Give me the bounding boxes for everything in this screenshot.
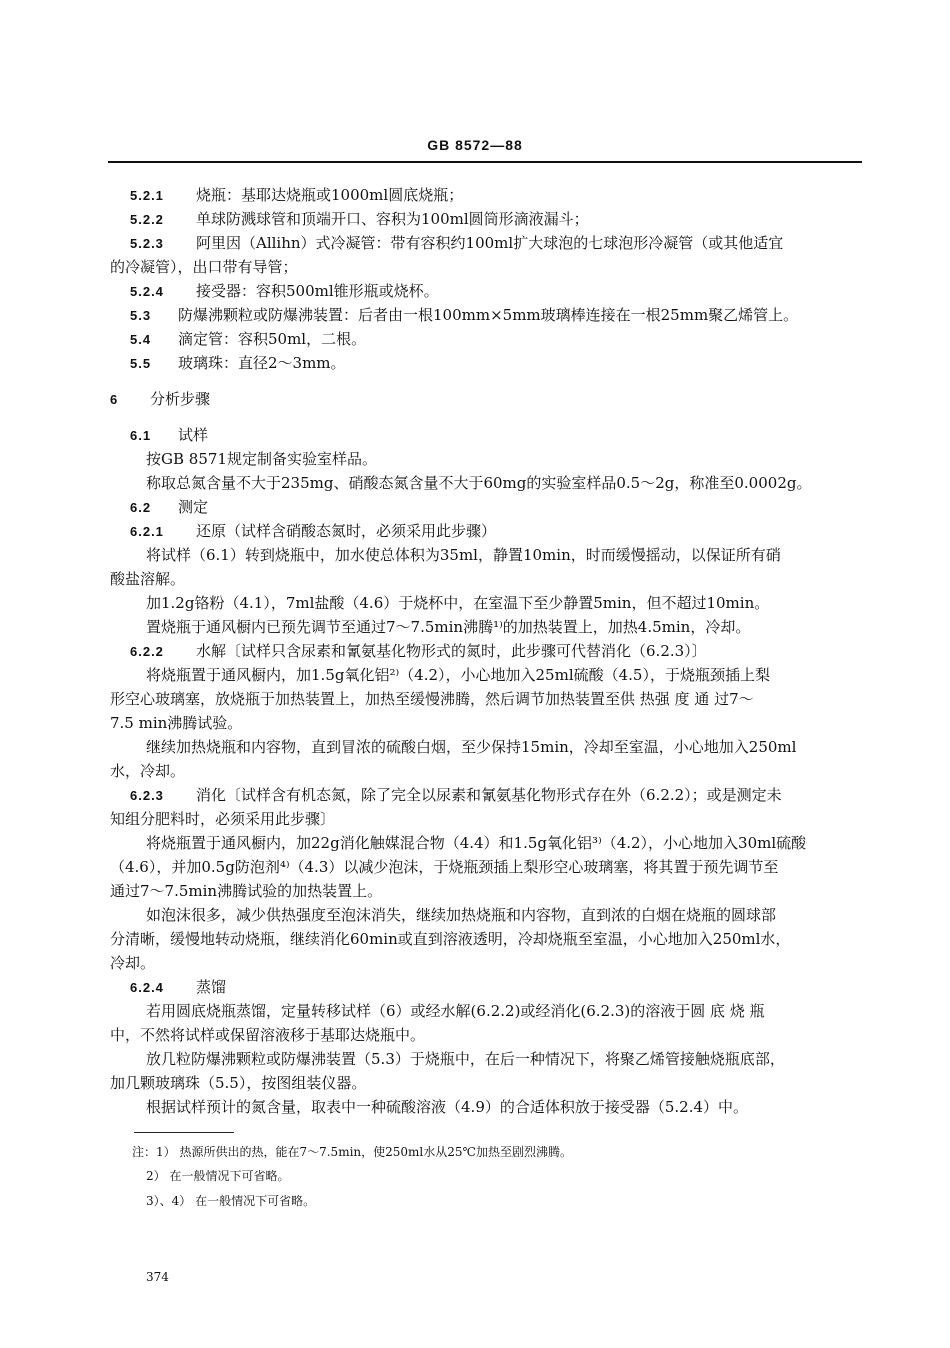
paragraph-cont: 中，不然将试样或保留溶液移于基耶达烧瓶中。 bbox=[110, 1025, 425, 1045]
paragraph-cont: 加几颗玻璃珠（5.5），按图组装仪器。 bbox=[110, 1073, 366, 1093]
paragraph: 继续加热烧瓶和内容物，直到冒浓的硫酸白烟，至少保持15min，冷却至室温，小心地… bbox=[146, 737, 796, 757]
footnote-1: 注：1） 热源所供出的热，能在7～7.5min，使250ml水从25℃加热至剧烈… bbox=[132, 1143, 572, 1160]
clause-6-2-2: 6.2.2水解〔试样只含尿素和氰氨基化物形式的氮时，此步骤可代替消化（6.2.3… bbox=[130, 641, 707, 662]
clause-text: 还原（试样含硝酸态氮时，必须采用此步骤） bbox=[196, 522, 496, 540]
paragraph-cont: 7.5 min沸腾试验。 bbox=[110, 713, 242, 733]
clause-number: 5.3 bbox=[130, 306, 178, 326]
clause-number: 5.5 bbox=[130, 354, 178, 374]
standard-header: GB 8572—88 bbox=[0, 137, 950, 153]
header-rule bbox=[108, 161, 862, 163]
clause-number: 6.2.4 bbox=[130, 978, 196, 998]
paragraph-cont: 水，冷却。 bbox=[110, 761, 185, 781]
clause-5-2-3-cont: 的冷凝管），出口带有导管； bbox=[110, 257, 298, 277]
clause-number: 5.2.4 bbox=[130, 282, 196, 302]
page-number: 374 bbox=[146, 1270, 169, 1284]
clause-5-2-2: 5.2.2单球防溅球管和顶端开口、容积为100ml圆筒形滴液漏斗； bbox=[130, 209, 589, 230]
footnote-3-4: 3）、4） 在一般情况下可省略。 bbox=[146, 1192, 315, 1209]
clause-text: 试样 bbox=[178, 426, 208, 444]
paragraph: 加1.2g铬粉（4.1），7ml盐酸（4.6）于烧杯中，在室温下至少静置5min… bbox=[146, 593, 769, 613]
clause-6-2-3: 6.2.3消化〔试样含有机态氮，除了完全以尿素和氰氨基化物形式存在外（6.2.2… bbox=[130, 785, 782, 806]
clause-5-2-1: 5.2.1烧瓶：基耶达烧瓶或1000ml圆底烧瓶； bbox=[130, 185, 463, 206]
clause-6-2-1: 6.2.1还原（试样含硝酸态氮时，必须采用此步骤） bbox=[130, 521, 496, 542]
clause-text: 消化〔试样含有机态氮，除了完全以尿素和氰氨基化物形式存在外（6.2.2）；或是测… bbox=[196, 786, 782, 804]
paragraph: 按GB 8571规定制备实验室样品。 bbox=[146, 449, 377, 469]
clause-number: 6.2.2 bbox=[130, 642, 196, 662]
paragraph: 将烧瓶置于通风橱内，加1.5g氧化铝²⁾（4.2），小心地加入25ml硫酸（4.… bbox=[146, 665, 770, 685]
paragraph-cont: （4.6），并加0.5g防泡剂⁴⁾（4.3）以减少泡沫，于烧瓶颈插上梨形空心玻璃… bbox=[110, 857, 778, 877]
paragraph: 如泡沫很多，减少供热强度至泡沫消失，继续加热烧瓶和内容物，直到浓的白烟在烧瓶的圆… bbox=[146, 905, 776, 925]
clause-number: 6.2.3 bbox=[130, 786, 196, 806]
footnote-rule bbox=[134, 1132, 234, 1133]
clause-number: 5.2.1 bbox=[130, 186, 196, 206]
clause-5-3: 5.3防爆沸颗粒或防爆沸装置：后者由一根100mm×5mm玻璃棒连接在一根25m… bbox=[130, 305, 798, 326]
clause-number: 5.4 bbox=[130, 330, 178, 350]
clause-6-2-4: 6.2.4蒸馏 bbox=[130, 977, 226, 998]
paragraph-cont: 冷却。 bbox=[110, 953, 155, 973]
clause-number: 6.2 bbox=[130, 498, 178, 518]
clause-text: 测定 bbox=[178, 498, 208, 516]
clause-text: 接受器：容积500ml锥形瓶或烧杯。 bbox=[196, 282, 439, 300]
clause-text: 水解〔试样只含尿素和氰氨基化物形式的氮时，此步骤可代替消化（6.2.3）〕 bbox=[196, 642, 707, 660]
footnote-text: 在一般情况下可省略。 bbox=[169, 1169, 289, 1183]
paragraph-cont: 通过7～7.5min沸腾试验的加热装置上。 bbox=[110, 881, 382, 901]
clause-5-4: 5.4滴定管：容积50ml，二根。 bbox=[130, 329, 366, 350]
clause-6-1: 6.1试样 bbox=[130, 425, 208, 446]
footnote-label: 注：1） bbox=[132, 1145, 176, 1159]
clause-5-5: 5.5玻璃珠：直径2～3mm。 bbox=[130, 353, 346, 374]
footnote-label: 2） bbox=[146, 1169, 166, 1183]
clause-number: 5.2.3 bbox=[130, 234, 196, 254]
section-number: 6 bbox=[110, 390, 150, 410]
paragraph: 将试样（6.1）转到烧瓶中，加水使总体积为35ml，静置10min，时而缓慢摇动… bbox=[146, 545, 781, 565]
paragraph-cont: 形空心玻璃塞，放烧瓶于加热装置上，加热至缓慢沸腾，然后调节加热装置至供 热强 度… bbox=[110, 689, 754, 709]
footnote-text: 在一般情况下可省略。 bbox=[195, 1194, 315, 1208]
paragraph: 称取总氮含量不大于235mg、硝酸态氮含量不大于60mg的实验室样品0.5～2g… bbox=[146, 473, 811, 493]
paragraph: 放几粒防爆沸颗粒或防爆沸装置（5.3）于烧瓶中，在后一种情况下，将聚乙烯管接触烧… bbox=[146, 1049, 785, 1069]
clause-text: 烧瓶：基耶达烧瓶或1000ml圆底烧瓶； bbox=[196, 186, 463, 204]
clause-6-2: 6.2测定 bbox=[130, 497, 208, 518]
clause-5-2-3: 5.2.3阿里因（Allihn）式冷凝管：带有容积约100ml扩大球泡的七球泡形… bbox=[130, 233, 783, 254]
footnote-2: 2） 在一般情况下可省略。 bbox=[146, 1167, 289, 1184]
clause-number: 5.2.2 bbox=[130, 210, 196, 230]
section-6-heading: 6分析步骤 bbox=[110, 389, 210, 410]
section-title: 分析步骤 bbox=[150, 390, 210, 408]
paragraph: 将烧瓶置于通风橱内，加22g消化触媒混合物（4.4）和1.5g氧化铝³⁾（4.2… bbox=[146, 833, 806, 853]
paragraph: 置烧瓶于通风橱内已预先调节至通过7～7.5min沸腾¹⁾的加热装置上，加热4.5… bbox=[146, 617, 750, 637]
clause-text: 滴定管：容积50ml，二根。 bbox=[178, 330, 366, 348]
clause-text: 防爆沸颗粒或防爆沸装置：后者由一根100mm×5mm玻璃棒连接在一根25mm聚乙… bbox=[178, 306, 798, 324]
clause-number: 6.2.1 bbox=[130, 522, 196, 542]
clause-text: 阿里因（Allihn）式冷凝管：带有容积约100ml扩大球泡的七球泡形冷凝管（或… bbox=[196, 234, 783, 252]
paragraph-cont: 酸盐溶解。 bbox=[110, 569, 185, 589]
footnote-text: 热源所供出的热，能在7～7.5min，使250ml水从25℃加热至剧烈沸腾。 bbox=[179, 1145, 571, 1159]
clause-number: 6.1 bbox=[130, 426, 178, 446]
document-page: GB 8572—88 5.2.1烧瓶：基耶达烧瓶或1000ml圆底烧瓶； 5.2… bbox=[0, 0, 950, 1348]
paragraph: 若用圆底烧瓶蒸馏，定量转移试样（6）或经水解(6.2.2)或经消化(6.2.3)… bbox=[146, 1001, 765, 1021]
footnote-label: 3）、4） bbox=[146, 1194, 191, 1208]
paragraph: 根据试样预计的氮含量，取表中一种硫酸溶液（4.9）的合适体积放于接受器（5.2.… bbox=[146, 1097, 748, 1117]
clause-text: 蒸馏 bbox=[196, 978, 226, 996]
clause-text: 玻璃珠：直径2～3mm。 bbox=[178, 354, 346, 372]
paragraph-cont: 分清晰，缓慢地转动烧瓶，继续消化60min或直到溶液透明，冷却烧瓶至室温，小心地… bbox=[110, 929, 790, 949]
paragraph-cont: 知组分肥料时，必须采用此步骤〕 bbox=[110, 809, 335, 829]
clause-text: 单球防溅球管和顶端开口、容积为100ml圆筒形滴液漏斗； bbox=[196, 210, 589, 228]
clause-5-2-4: 5.2.4接受器：容积500ml锥形瓶或烧杯。 bbox=[130, 281, 439, 302]
